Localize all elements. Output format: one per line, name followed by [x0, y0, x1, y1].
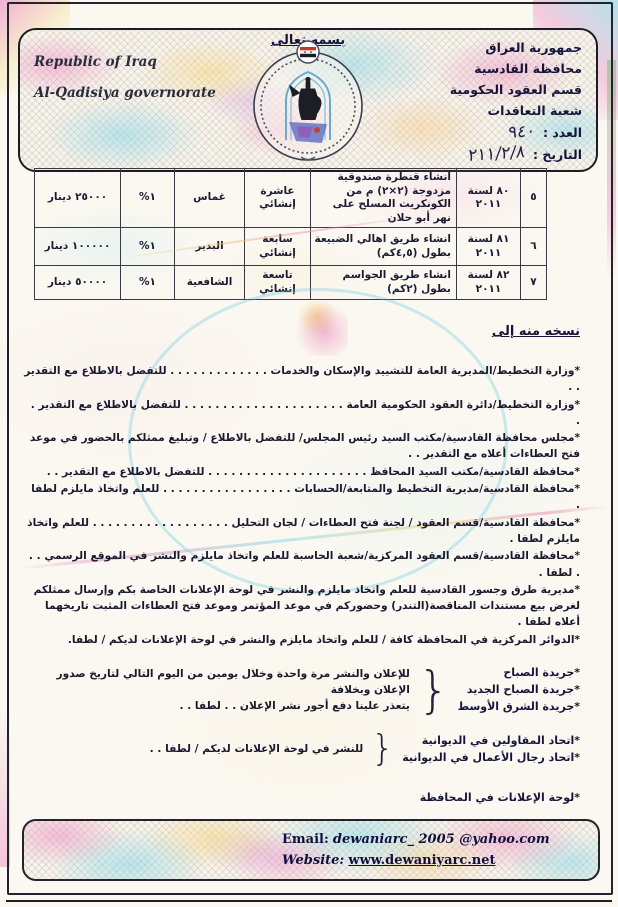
newspapers-note-line: يتعذر علينا دفع أجور نشر الإعلان . . لطف…	[50, 698, 410, 714]
cell-serial: ٥	[521, 169, 547, 228]
governorate-name-en: Al-Qadisiya governorate	[34, 85, 216, 101]
cell-price: ٥٠٠٠٠ دينار	[35, 266, 121, 300]
cell-price: ١٠٠٠٠٠ دينار	[35, 228, 121, 266]
footer-band: Email: dewaniarc_ 2005 @yahoo.com Websit…	[22, 819, 600, 881]
distribution-item: *مديرية طرق وجسور القادسية للعلم واتخاذ …	[24, 582, 580, 631]
cell-classification: سابعة إنشائي	[245, 228, 311, 266]
distribution-item: *محافظة القادسية/مديرية التخطيط والمتابع…	[24, 481, 580, 514]
distribution-item: *وزارة التخطيط/المديرية العامة للتشييد و…	[24, 363, 580, 396]
email-value: dewaniarc_ 2005 @yahoo.com	[333, 832, 550, 847]
email-label: Email:	[282, 832, 329, 847]
scan-edge-streak	[0, 707, 10, 867]
header-arabic-block: جمهورية العراق محافظة القادسية قسم العقو…	[450, 37, 582, 165]
cell-serial: ٦	[521, 228, 547, 266]
cell-tender-no: ٨١ لسنة ٢٠١١	[457, 228, 521, 266]
distribution-item: *مجلس محافظة القادسية/مكتب السيد رئيس ال…	[24, 430, 580, 463]
tender-table: ٥ ٨٠ لسنة ٢٠١١ انشاء قنطرة صندوقية مزدوج…	[34, 168, 547, 300]
header-english-block: Republic of Iraq Al-Qadisiya governorate	[34, 54, 216, 101]
cell-classification: عاشرة إنشائي	[245, 169, 311, 228]
email-row: Email: dewaniarc_ 2005 @yahoo.com	[282, 829, 550, 850]
distribution-item: *وزارة التخطيط/دائرة العقود الحكومية الع…	[24, 397, 580, 430]
letterhead: بسمه تعالى Republic of Iraq Al-Qadisiya …	[18, 28, 598, 172]
newspaper-item: *جريدة الصباح	[458, 664, 580, 681]
union-names: *اتحاد المقاولين في الديوانية *اتحاد رجا…	[402, 732, 580, 766]
cell-serial: ٧	[521, 266, 547, 300]
cell-price: ٢٥٠٠٠ دينار	[35, 169, 121, 228]
announcement-board-line: *لوحة الإعلانات في المحافظة	[24, 791, 580, 804]
distribution-section: نسخه منه إلى *وزارة التخطيط/المديرية الع…	[24, 320, 580, 804]
cell-location: البدير	[175, 228, 245, 266]
cell-tender-no: ٨٢ لسنة ٢٠١١	[457, 266, 521, 300]
website-row: Website: www.dewaniyarc.net	[282, 850, 550, 871]
table-row: ٦ ٨١ لسنة ٢٠١١ انشاء طريق اهالي الضبيعة …	[35, 228, 547, 266]
cell-classification: تاسعة إنشائي	[245, 266, 311, 300]
scan-border-line	[6, 900, 612, 902]
cell-project: انشاء طريق الجواسم بطول (٢كم)	[311, 266, 457, 300]
cell-location: غماس	[175, 169, 245, 228]
unions-note: للنشر في لوحة الإعلانات لديكم / لطفا . .	[150, 741, 364, 757]
cell-deposit: ١%	[121, 169, 175, 228]
scan-edge-streak	[607, 60, 616, 280]
cell-deposit: ١%	[121, 266, 175, 300]
governorate-name-ar: محافظة القادسية	[450, 58, 582, 79]
scanned-document-page: بسمه تعالى Republic of Iraq Al-Qadisiya …	[0, 0, 618, 907]
cell-project: انشاء قنطرة صندوقية مزدوجة (٢×٢) م من ال…	[311, 169, 457, 228]
document-date-row: التاريخ : ٢١١/٢/٨	[450, 143, 582, 165]
contact-block: Email: dewaniarc_ 2005 @yahoo.com Websit…	[282, 829, 550, 871]
union-item: *اتحاد المقاولين في الديوانية	[402, 732, 580, 749]
date-label: التاريخ :	[533, 144, 582, 165]
newspaper-names: *جريدة الصباح *جريدة الصباح الجديد *جريد…	[458, 664, 580, 715]
newspaper-item: *جريدة الشرق الأوسط	[458, 698, 580, 715]
group-brace-icon: {	[418, 665, 450, 715]
newspaper-item: *جريدة الصباح الجديد	[458, 681, 580, 698]
distribution-item: *محافظة القادسية/قسم العقود / لجنة فتح ا…	[24, 515, 580, 548]
table-row: ٧ ٨٢ لسنة ٢٠١١ انشاء طريق الجواسم بطول (…	[35, 266, 547, 300]
unions-group: *اتحاد المقاولين في الديوانية *اتحاد رجا…	[24, 731, 580, 767]
newspapers-note-line: للإعلان والنشر مرة واحدة وخلال يومين من …	[50, 666, 410, 698]
country-name-en: Republic of Iraq	[34, 54, 216, 70]
newspapers-note: للإعلان والنشر مرة واحدة وخلال يومين من …	[50, 666, 410, 714]
number-value: ٩٤٠	[507, 120, 536, 143]
cell-project: انشاء طريق اهالي الضبيعة بطول (٤,٥كم)	[311, 228, 457, 266]
website-label: Website:	[282, 853, 344, 868]
website-link[interactable]: www.dewaniyarc.net	[348, 853, 495, 868]
document-number-row: العدد : ٩٤٠	[450, 121, 582, 143]
division-name: شعبة التعاقدات	[450, 100, 582, 121]
distribution-item: *محافظة القادسية/مكتب السيد المحافظ . . …	[24, 464, 580, 480]
number-label: العدد :	[543, 122, 582, 143]
department-name: قسم العقود الحكومية	[450, 79, 582, 100]
cell-deposit: ١%	[121, 228, 175, 266]
country-name-ar: جمهورية العراق	[450, 37, 582, 58]
distribution-heading: نسخه منه إلى	[492, 324, 580, 339]
newspapers-group: *جريدة الصباح *جريدة الصباح الجديد *جريد…	[24, 664, 580, 715]
governorate-emblem-icon	[247, 38, 369, 166]
date-value: ٢١١/٢/٨	[467, 141, 525, 166]
group-brace-icon: {	[371, 731, 394, 767]
table-row: ٥ ٨٠ لسنة ٢٠١١ انشاء قنطرة صندوقية مزدوج…	[35, 169, 547, 228]
union-item: *اتحاد رجال الأعمال في الديوانية	[402, 749, 580, 766]
distribution-item: *محافظة القادسية/قسم العقود المركزية/شعب…	[24, 548, 580, 581]
distribution-item: *الدوائر المركزية في المحافظة كافة / للع…	[24, 632, 580, 648]
cell-tender-no: ٨٠ لسنة ٢٠١١	[457, 169, 521, 228]
cell-location: الشافعية	[175, 266, 245, 300]
